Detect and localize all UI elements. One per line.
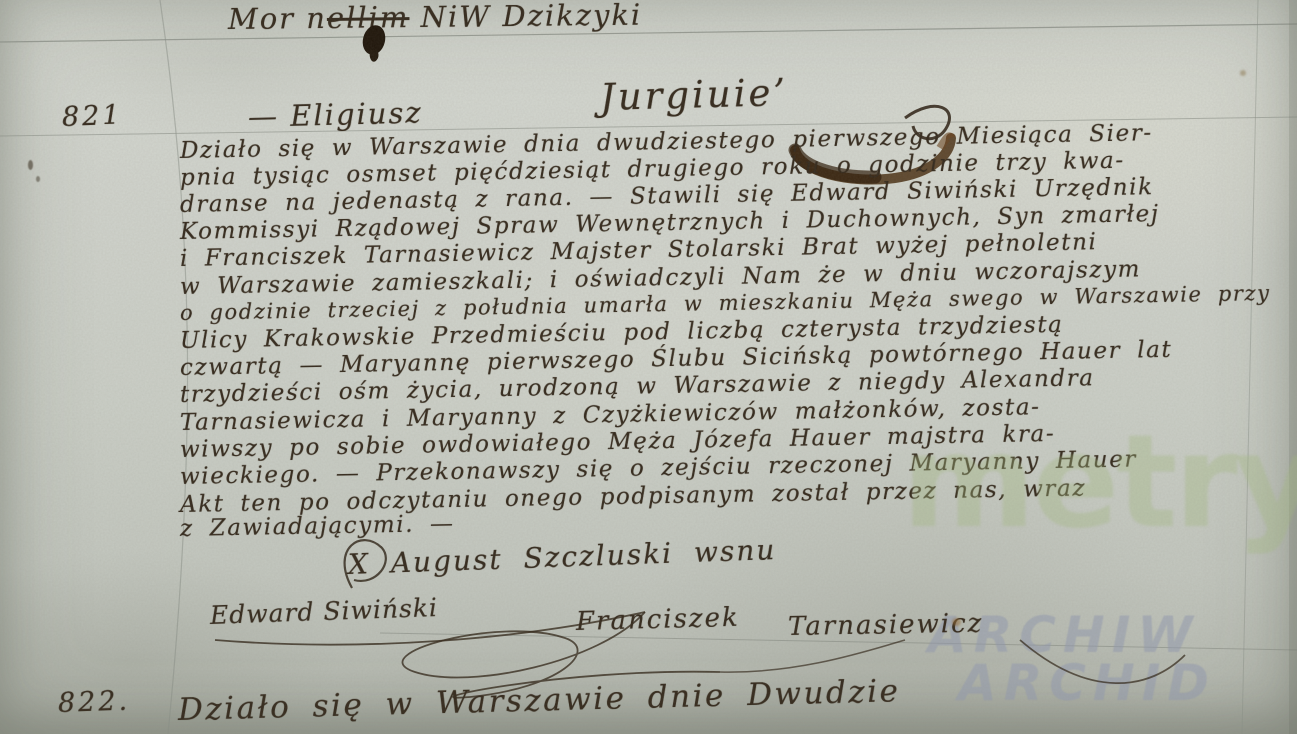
rust-speck <box>1240 70 1246 76</box>
ink-speck <box>28 160 33 170</box>
document-page: Mor nellim NiW Dzikzyki 821 — Eligiusz J… <box>0 0 1297 734</box>
body-line: z Zawiadającymi. — <box>180 511 455 542</box>
record-821-surname: Jurgiuie’ <box>599 71 788 119</box>
page-header: Mor nellim NiW Dzikzyki <box>228 0 643 36</box>
record-821-given-name: — Eligiusz <box>248 95 423 134</box>
page-header-text: Mor n <box>228 1 327 36</box>
record-number-822: 822. <box>57 685 130 718</box>
ink-blot <box>348 18 408 78</box>
watermark-archid: ARCHID <box>958 654 1216 712</box>
record-number-821: 821 <box>61 100 123 133</box>
witness-signature-franciszek: Franciszek <box>576 603 741 637</box>
ink-speck <box>36 176 40 182</box>
rust-speck <box>952 618 961 626</box>
page-header-text-after: NiW Dzikzyki <box>409 0 642 34</box>
watermark-metryki: metryki.g <box>902 408 1297 557</box>
